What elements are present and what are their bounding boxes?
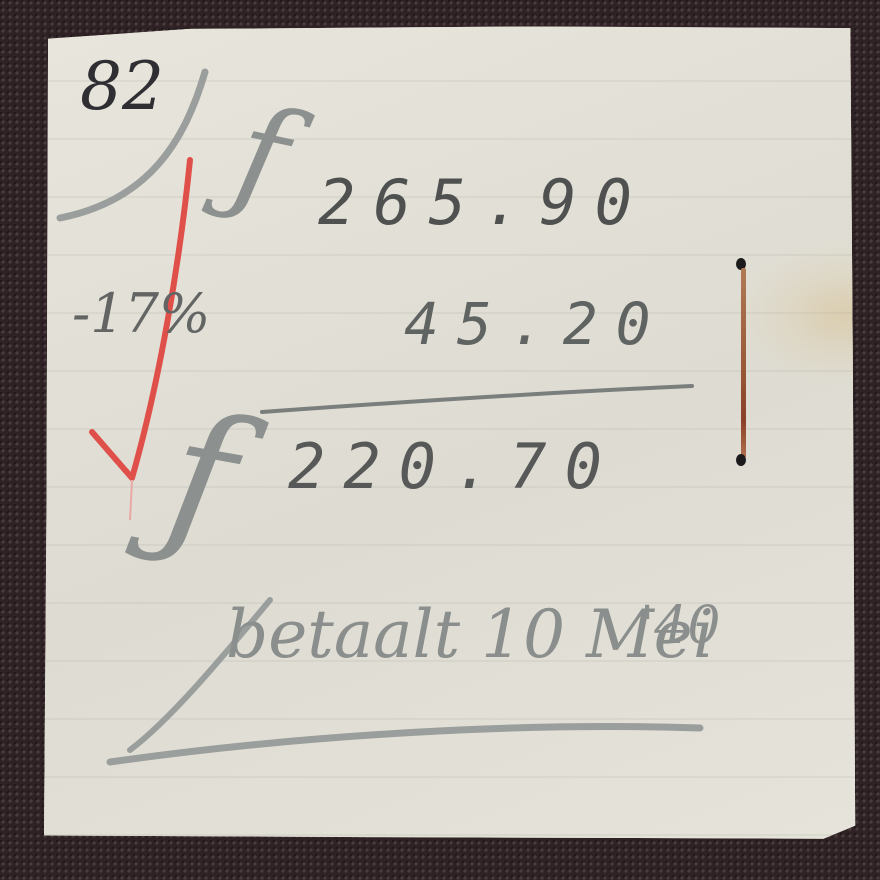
item-number: 82 (80, 48, 164, 125)
gross-amount: 265.90 (318, 166, 650, 239)
staple-hole-bottom (736, 454, 746, 466)
payment-note-year: '40 (640, 596, 720, 656)
staple-hole-rust (736, 258, 750, 470)
discount-amount: 45.20 (404, 290, 669, 358)
subtotal-line (262, 386, 692, 412)
discount-label: -17% (72, 282, 210, 345)
net-amount: 220.70 (288, 430, 620, 503)
note-underline (110, 727, 700, 762)
rust-stain (741, 268, 746, 458)
